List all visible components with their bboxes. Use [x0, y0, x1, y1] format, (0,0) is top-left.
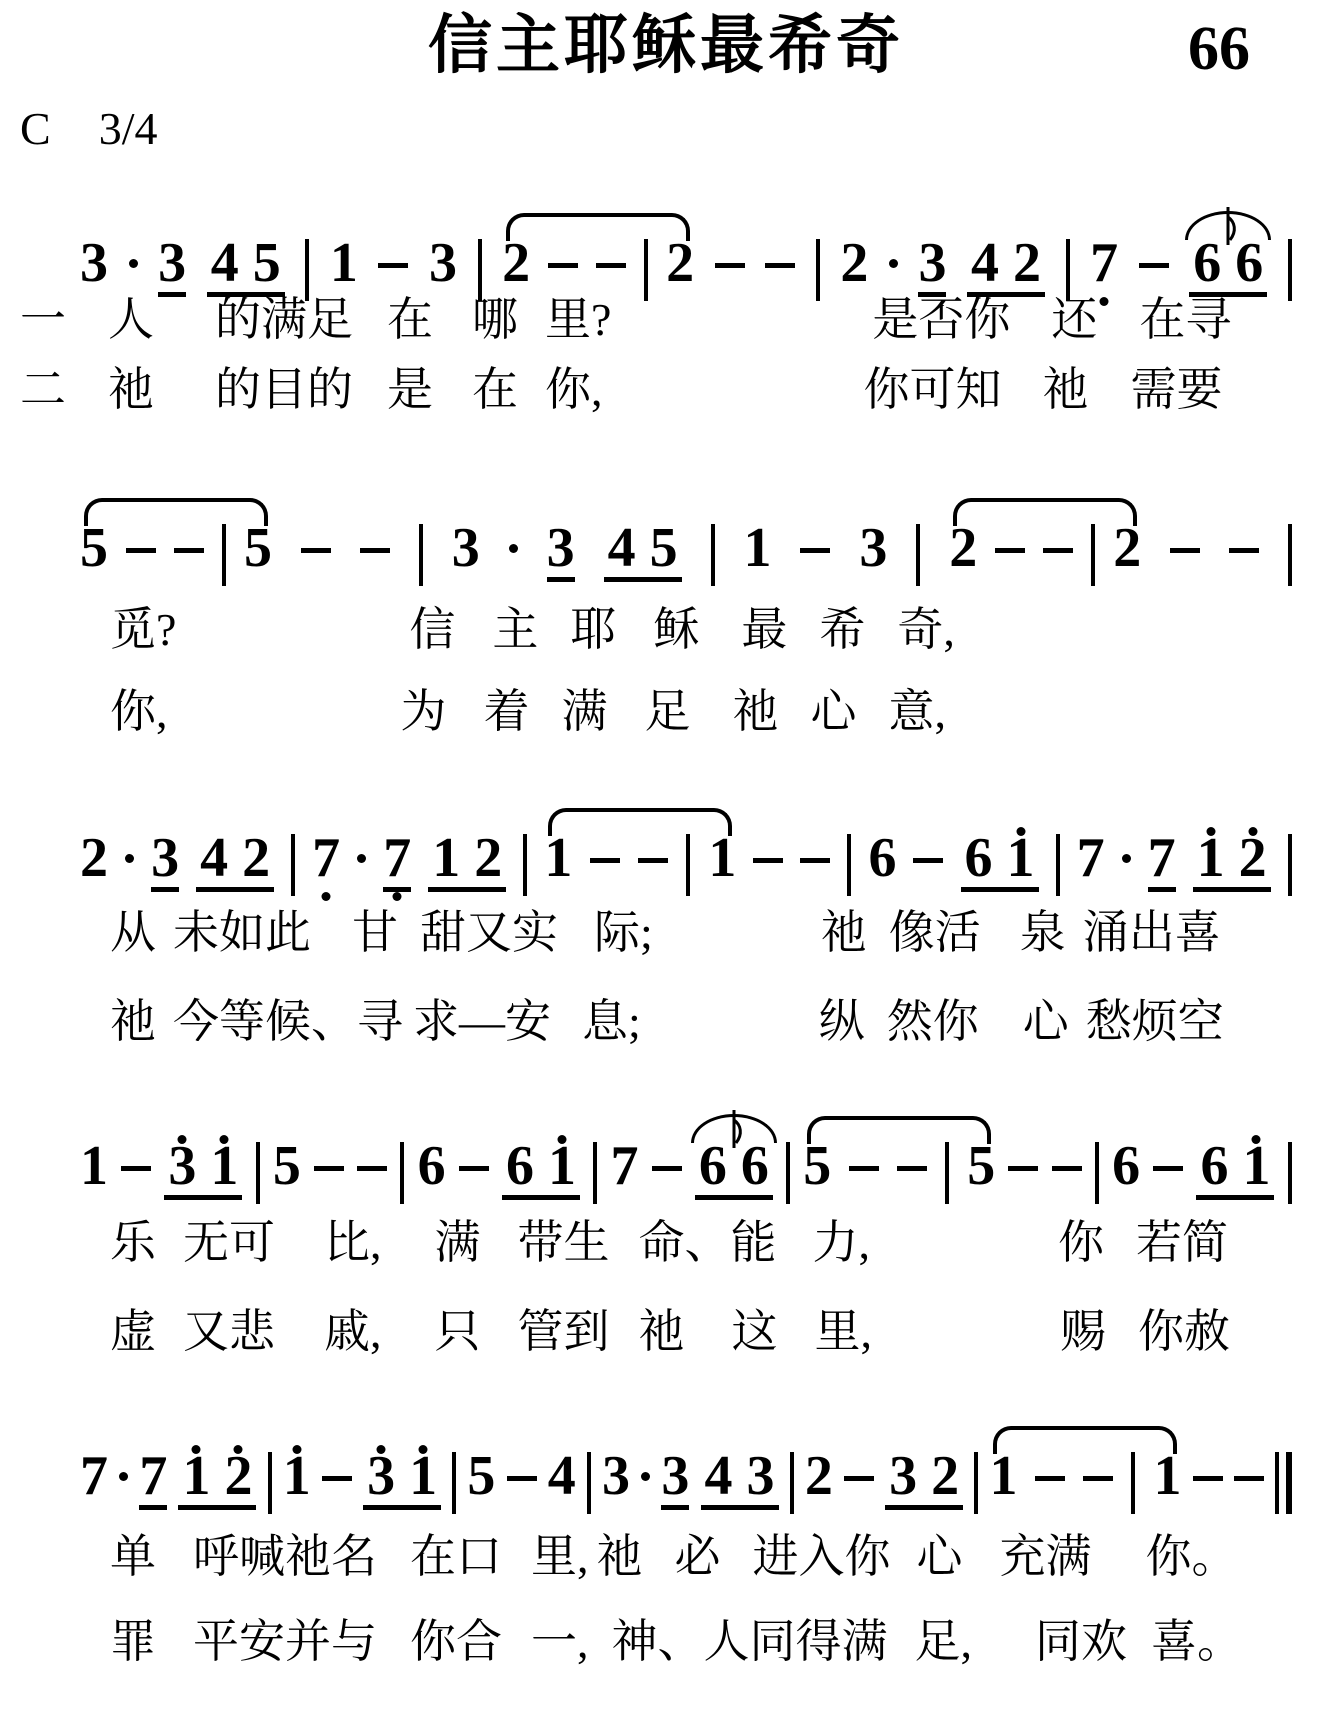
duration-dash — [121, 1166, 151, 1171]
barline — [1288, 1142, 1292, 1204]
note-3: 3 — [80, 241, 108, 297]
note-7: 7 — [1148, 836, 1176, 892]
rhythm-dot — [119, 1472, 128, 1481]
note-1: 1 — [743, 526, 771, 582]
grace-flag-icon — [725, 1108, 743, 1154]
note-3: 3 — [429, 241, 457, 297]
lyric-segment: 在 — [387, 295, 433, 346]
note-1: 1 — [989, 1454, 1017, 1510]
duration-dash — [1234, 1476, 1264, 1481]
lyric-line-verse-1: 乐无可比,满带生命、能力,你若简 — [0, 1218, 1228, 1269]
note-3: 3 — [661, 1454, 689, 1510]
lyric-segment: 希 — [819, 605, 865, 656]
lyric-segment: 息; — [582, 997, 641, 1048]
barline — [790, 1452, 794, 1514]
lyric-line-verse-1: 一人的满足在哪里?是否你还在寻 — [0, 295, 1231, 346]
lyric-segment: 管到 — [518, 1307, 610, 1358]
note-5: 5 — [803, 1144, 831, 1200]
note-6: 6 — [868, 836, 896, 892]
duration-dash — [652, 1166, 682, 1171]
note-2: 2 — [949, 526, 977, 582]
barline — [816, 239, 820, 301]
lyric-line-verse-2: 二祂的目的是在你,你可知祂需要 — [0, 365, 1223, 416]
barline — [945, 1142, 949, 1204]
rhythm-dot — [509, 544, 518, 553]
note-6: 6 — [1200, 1144, 1228, 1189]
note-3: 3 — [889, 1454, 917, 1499]
lyric-segment: 平安并与 — [193, 1617, 377, 1668]
barline — [400, 1142, 404, 1204]
grace-ornament: 66 — [1189, 241, 1267, 297]
duration-dash — [357, 1166, 387, 1171]
note-2: 2 — [840, 241, 868, 297]
lyric-segment: 神、人同得满 — [612, 1617, 888, 1668]
note-1: 1 — [432, 836, 460, 881]
lyric-segment: 奇, — [897, 605, 955, 656]
lyric-line-verse-2: 祂今等候、寻求—安息;纵然你心愁烦空 — [0, 997, 1224, 1048]
beam-group: 61 — [961, 836, 1039, 892]
note-7: 7 — [139, 1454, 167, 1510]
lyric-segment: 是否你 — [872, 295, 1010, 346]
rhythm-dot — [357, 854, 366, 863]
note-1: 1 — [708, 836, 736, 892]
final-barline-thin — [1275, 1452, 1279, 1514]
duration-dash — [1083, 1476, 1113, 1481]
note-6: 6 — [1112, 1144, 1140, 1200]
beam-group: 12 — [1193, 836, 1271, 892]
barline — [1288, 239, 1292, 301]
tie-slur: 11 — [544, 834, 736, 892]
lyric-segment: 带生 — [518, 1218, 610, 1269]
note-2: 2 — [1013, 241, 1041, 286]
duration-dash — [897, 1166, 927, 1171]
barline — [1056, 834, 1060, 896]
barline — [587, 1452, 591, 1514]
lyric-line-verse-2: 罪平安并与你合一,神、人同得满足,同欢喜。 — [0, 1617, 1243, 1668]
lyric-segment: 纵 — [819, 997, 865, 1048]
note-2: 2 — [224, 1454, 252, 1499]
lyric-segment: 进入你 — [753, 1532, 891, 1583]
barline — [291, 834, 295, 896]
beam-group: 31 — [164, 1144, 242, 1200]
note-1: 1 — [1007, 836, 1035, 881]
grace-flag-icon — [1219, 205, 1237, 251]
note-5: 5 — [253, 241, 281, 286]
lyric-segment: 哪 — [472, 295, 518, 346]
duration-dash — [849, 1166, 879, 1171]
beam-group: 31 — [363, 1454, 441, 1510]
barline — [523, 834, 527, 896]
final-barline-thick — [1286, 1452, 1292, 1514]
lyric-segment: 里, — [815, 1307, 873, 1358]
note-7: 7 — [1077, 836, 1105, 892]
duration-dash — [1139, 263, 1169, 268]
lyric-segment: 又悲 — [183, 1307, 275, 1358]
lyric-segment: 你, — [545, 365, 603, 416]
rhythm-dot — [889, 259, 898, 268]
barline — [419, 524, 423, 586]
barline — [593, 1142, 597, 1204]
lyric-segment: 祂 — [597, 1532, 643, 1583]
lyric-segment: 你合 — [410, 1617, 502, 1668]
barline — [222, 524, 226, 586]
lyric-segment: 乐 — [110, 1218, 156, 1269]
note-1: 1 — [182, 1454, 210, 1499]
note-4: 4 — [705, 1454, 733, 1499]
duration-dash — [378, 263, 408, 268]
note-4: 4 — [608, 526, 636, 571]
lyric-line-verse-1: 单呼喊祂名在口里,祂必进入你心充满你。 — [0, 1532, 1238, 1583]
duration-dash — [1170, 548, 1200, 553]
lyric-segment: 里, — [531, 1532, 589, 1583]
barline — [256, 1142, 260, 1204]
note-6: 6 — [506, 1144, 534, 1189]
duration-dash — [1052, 1166, 1082, 1171]
note-2: 2 — [1113, 526, 1141, 582]
duration-dash — [1043, 548, 1073, 553]
notation-line: 334513222342766 — [80, 225, 1292, 297]
lyric-segment: 需要 — [1131, 365, 1223, 416]
lyric-segment: 若简 — [1136, 1218, 1228, 1269]
note-1: 1 — [1153, 1454, 1181, 1510]
lyric-segment: 祂 — [110, 997, 156, 1048]
beam-group: 61 — [1196, 1144, 1274, 1200]
lyric-segment: 祂 — [639, 1307, 685, 1358]
duration-dash — [1229, 548, 1259, 553]
note-4: 4 — [971, 241, 999, 286]
lyric-segment: 满 — [435, 1218, 481, 1269]
duration-dash — [638, 858, 668, 863]
barline — [1091, 524, 1095, 586]
note-1: 1 — [210, 1144, 238, 1189]
note-3: 3 — [859, 526, 887, 582]
note-2: 2 — [931, 1454, 959, 1499]
beam-group: 42 — [196, 836, 274, 892]
lyric-segment: 心 — [811, 687, 857, 738]
duration-dash — [800, 548, 830, 553]
tie-slur: 55 — [80, 524, 272, 582]
note-2: 2 — [502, 241, 530, 297]
lyric-segment: 祂 — [108, 365, 154, 416]
lyric-line-verse-2: 虚又悲戚,只管到祂这里,赐你赦 — [0, 1307, 1230, 1358]
barline — [1288, 834, 1292, 896]
lyric-segment: 在口 — [410, 1532, 502, 1583]
duration-dash — [314, 1166, 344, 1171]
note-7: 7 — [610, 1144, 638, 1200]
lyric-segment: 你 — [1058, 1218, 1104, 1269]
note-5: 5 — [80, 526, 108, 582]
tie-slur: 22 — [949, 524, 1141, 582]
duration-dash — [715, 263, 745, 268]
lyric-segment: 你, — [110, 687, 168, 738]
barline — [847, 834, 851, 896]
duration-dash — [360, 548, 390, 553]
barline — [268, 1452, 272, 1514]
note-1: 1 — [548, 1144, 576, 1189]
lyric-segment: 无可 — [183, 1218, 275, 1269]
note-1: 1 — [544, 836, 572, 892]
lyric-segment: 在寻 — [1139, 295, 1231, 346]
lyric-segment: 觅? — [110, 605, 176, 656]
barline — [1066, 239, 1070, 301]
duration-dash — [590, 858, 620, 863]
hymn-sheet-page: 信主耶稣最希奇 66 C3/4 334513222342766一人的满足在哪里?… — [0, 0, 1332, 1719]
barline — [478, 239, 482, 301]
duration-dash — [301, 548, 331, 553]
lyric-segment: 喜。 — [1151, 1617, 1243, 1668]
barline — [711, 524, 715, 586]
tie-slur: 22 — [502, 239, 694, 297]
duration-dash — [126, 548, 156, 553]
lyric-segment: 足 — [645, 687, 691, 738]
note-7: 7 — [80, 1454, 108, 1510]
lyric-segment: 意, — [889, 687, 947, 738]
lyric-segment: 你。 — [1146, 1532, 1238, 1583]
lyric-segment: 心 — [1023, 997, 1069, 1048]
note-2: 2 — [666, 241, 694, 297]
lyric-segment: 戚, — [324, 1307, 382, 1358]
lyric-segment: 稣 — [653, 605, 699, 656]
lyric-line-verse-1: 觅?信主耶稣最希奇, — [0, 605, 955, 656]
note-3: 3 — [367, 1454, 395, 1499]
barline — [1095, 1142, 1099, 1204]
lyric-line-verse-1: 从未如此甘甜又实际;祂像活泉涌出喜 — [0, 908, 1221, 959]
lyric-segment: 人 — [108, 295, 154, 346]
lyric-segment: 足, — [915, 1617, 973, 1668]
lyric-segment: 求—安 — [413, 997, 551, 1048]
note-5: 5 — [244, 526, 272, 582]
note-1: 1 — [80, 1144, 108, 1200]
lyric-segment: 是 — [387, 365, 433, 416]
duration-dash — [322, 1476, 352, 1481]
note-3: 3 — [547, 526, 575, 582]
lyric-segment: 充满 — [1000, 1532, 1092, 1583]
duration-dash — [1153, 1166, 1183, 1171]
note-3: 3 — [168, 1144, 196, 1189]
lyric-segment: 同欢 — [1035, 1617, 1127, 1668]
lyric-line-verse-2: 你,为着满足祂心意, — [0, 687, 946, 738]
lyric-segment: 的满足 — [215, 295, 353, 346]
lyric-segment: 愁烦空 — [1086, 997, 1224, 1048]
duration-dash — [1193, 1476, 1223, 1481]
duration-dash — [1008, 1166, 1038, 1171]
barline — [686, 834, 690, 896]
note-5: 5 — [650, 526, 678, 571]
notation-line: 23427712116617712 — [80, 820, 1292, 892]
lyric-segment: 呼喊祂名 — [193, 1532, 377, 1583]
duration-dash — [753, 858, 783, 863]
rhythm-dot — [129, 259, 138, 268]
lyric-segment: 然你 — [887, 997, 979, 1048]
lyric-segment: 一 — [20, 295, 66, 346]
note-5: 5 — [967, 1144, 995, 1200]
note-2: 2 — [1239, 836, 1267, 881]
beam-group: 12 — [428, 836, 506, 892]
note-2: 2 — [242, 836, 270, 881]
note-1: 1 — [1197, 836, 1225, 881]
lyric-segment: 二 — [20, 365, 66, 416]
note-1: 1 — [283, 1454, 311, 1510]
lyric-segment: 涌出喜 — [1083, 908, 1221, 959]
note-4: 4 — [211, 241, 239, 286]
lyric-segment: 今等候、寻 — [173, 997, 403, 1048]
lyric-segment: 甘 — [352, 908, 398, 959]
grace-ornament: 66 — [695, 1144, 773, 1200]
lyric-segment: 力, — [813, 1218, 871, 1269]
lyric-segment: 祂 — [821, 908, 867, 959]
barline — [452, 1452, 456, 1514]
barline — [786, 1142, 790, 1204]
note-2: 2 — [474, 836, 502, 881]
note-3: 3 — [452, 526, 480, 582]
notation-line: 5533451322 — [80, 510, 1292, 582]
note-6: 6 — [965, 836, 993, 881]
rhythm-dot — [125, 854, 134, 863]
note-3: 3 — [158, 241, 186, 297]
note-1: 1 — [1242, 1144, 1270, 1189]
note-1: 1 — [330, 241, 358, 297]
lyric-segment: 祂 — [733, 687, 779, 738]
note-2: 2 — [805, 1454, 833, 1510]
rhythm-dot — [641, 1472, 650, 1481]
lyric-segment: 耶 — [570, 605, 616, 656]
lyric-segment: 里? — [545, 295, 611, 346]
lyric-segment: 祂 — [1043, 365, 1089, 416]
duration-dash — [548, 263, 578, 268]
notation-line: 131566176655661 — [80, 1128, 1292, 1200]
beam-group: 45 — [207, 241, 285, 297]
lyric-segment: 为 — [401, 687, 447, 738]
tie-slur: 11 — [989, 1452, 1181, 1510]
lyric-segment: 满 — [562, 687, 608, 738]
lyric-segment: 虚 — [110, 1307, 156, 1358]
lyric-segment: 心 — [917, 1532, 963, 1583]
notation-line: 771213154334323211 — [80, 1438, 1292, 1510]
duration-dash — [174, 548, 204, 553]
note-2: 2 — [80, 836, 108, 892]
note-4: 4 — [200, 836, 228, 881]
lyric-segment: 单 — [110, 1532, 156, 1583]
lyric-segment: 最 — [741, 605, 787, 656]
beam-group: 42 — [967, 241, 1045, 297]
note-5: 5 — [467, 1454, 495, 1510]
final-barline — [1275, 1452, 1292, 1514]
page-title: 信主耶稣最希奇 — [428, 14, 904, 78]
duration-dash — [995, 548, 1025, 553]
lyric-segment: 信 — [409, 605, 455, 656]
note-6: 6 — [699, 1144, 727, 1189]
hymn-number: 66 — [1188, 18, 1250, 80]
lyric-segment: 未如此 — [173, 908, 311, 959]
lyric-segment: 主 — [492, 605, 538, 656]
duration-dash — [1035, 1476, 1065, 1481]
duration-dash — [596, 263, 626, 268]
note-7: 7 — [383, 836, 411, 892]
beam-group: 61 — [502, 1144, 580, 1200]
lyric-segment: 罪 — [110, 1617, 156, 1668]
duration-dash — [800, 858, 830, 863]
duration-dash — [844, 1476, 874, 1481]
time-signature: 3/4 — [99, 103, 158, 154]
barline — [644, 239, 648, 301]
lyric-segment: 你可知 — [864, 365, 1002, 416]
key-signature: C — [20, 103, 51, 154]
beam-group: 32 — [885, 1454, 963, 1510]
note-3: 3 — [602, 1454, 630, 1510]
lyric-segment: 赐 — [1060, 1307, 1106, 1358]
lyric-segment: 必 — [675, 1532, 721, 1583]
note-7: 7 — [312, 836, 340, 892]
beam-group: 45 — [604, 526, 682, 582]
note-4: 4 — [548, 1454, 576, 1510]
note-1: 1 — [409, 1454, 437, 1499]
lyric-segment: 泉 — [1020, 908, 1066, 959]
lyric-segment: 在 — [472, 365, 518, 416]
key-meter-row: C3/4 — [20, 106, 157, 152]
lyric-segment: 际; — [594, 908, 653, 959]
barline — [305, 239, 309, 301]
lyric-segment: 着 — [484, 687, 530, 738]
barline — [916, 524, 920, 586]
lyric-segment: 的目的 — [215, 365, 353, 416]
rhythm-dot — [1122, 854, 1131, 863]
lyric-segment: 还 — [1051, 295, 1097, 346]
lyric-segment: 你赦 — [1138, 1307, 1230, 1358]
lyric-segment: 像活 — [889, 908, 981, 959]
tie-slur: 55 — [803, 1142, 995, 1200]
lyric-segment: 只 — [435, 1307, 481, 1358]
barline — [1131, 1452, 1135, 1514]
duration-dash — [913, 858, 943, 863]
note-6: 6 — [741, 1144, 769, 1189]
barline — [974, 1452, 978, 1514]
note-3: 3 — [151, 836, 179, 892]
barline — [1288, 524, 1292, 586]
duration-dash — [765, 263, 795, 268]
duration-dash — [507, 1476, 537, 1481]
lyric-segment: 甜又实 — [420, 908, 558, 959]
note-3: 3 — [747, 1454, 775, 1499]
note-6: 6 — [1193, 241, 1221, 286]
lyric-segment: 一, — [531, 1617, 589, 1668]
beam-group: 43 — [701, 1454, 779, 1510]
duration-dash — [459, 1166, 489, 1171]
beam-group: 12 — [178, 1454, 256, 1510]
lyric-segment: 从 — [110, 908, 156, 959]
note-7: 7 — [1090, 241, 1118, 297]
note-5: 5 — [273, 1144, 301, 1200]
note-6: 6 — [1235, 241, 1263, 286]
lyric-segment: 这 — [732, 1307, 778, 1358]
note-3: 3 — [918, 241, 946, 297]
note-6: 6 — [418, 1144, 446, 1200]
lyric-segment: 比, — [324, 1218, 382, 1269]
lyric-segment: 命、能 — [639, 1218, 777, 1269]
